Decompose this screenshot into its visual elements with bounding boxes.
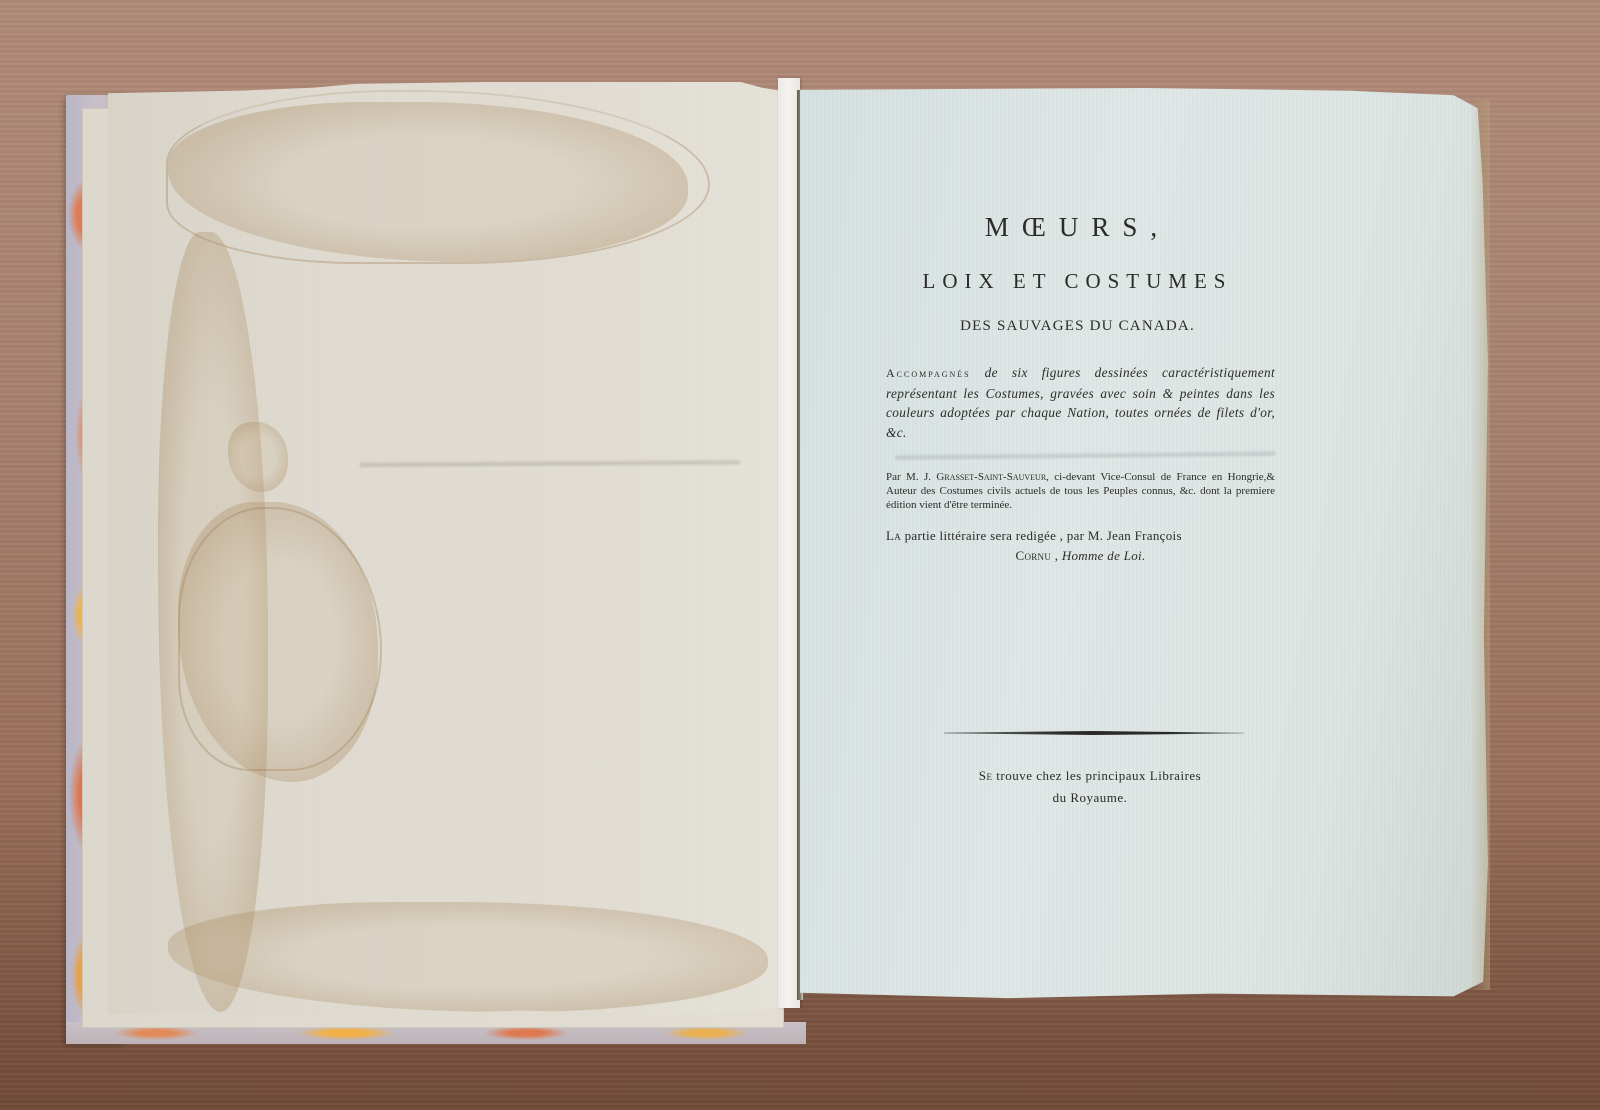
title-des-sauvages: DES SAUVAGES DU CANADA. (880, 318, 1275, 335)
literary-body: partie littéraire sera redigée , par M. … (901, 528, 1182, 543)
description-lead: Accompagnés (886, 366, 971, 380)
imprint-body: trouve chez les principaux Libraires (993, 768, 1202, 783)
literary-lead: La (886, 528, 901, 543)
author-prefix: Par M. J. (886, 471, 936, 483)
water-stain-top-edge (166, 90, 710, 264)
author-paragraph: Par M. J. Grasset-Saint-Sauveur, ci-deva… (886, 470, 1275, 512)
imprint-line-2: du Royaume. (930, 787, 1250, 809)
water-stain-top (168, 102, 688, 262)
title-page-foxed-edge (1470, 100, 1490, 990)
description-paragraph: Accompagnés de six figures dessinées car… (886, 363, 1275, 442)
author-name: Grasset-Saint-Sauveur (936, 471, 1046, 483)
water-stain-middle-left (178, 502, 378, 782)
water-stain-small (228, 422, 288, 492)
imprint-lead: Se (979, 768, 993, 783)
imprint: Se trouve chez les principaux Libraires … (930, 765, 1250, 809)
title-loix-et-costumes: LOIX ET COSTUMES (880, 269, 1275, 294)
literary-name-line: Cornu , Homme de Loi. (886, 546, 1275, 566)
water-stain-bottom (168, 902, 768, 1012)
literary-name: Cornu (1015, 548, 1051, 563)
literary-separator: , (1051, 548, 1062, 563)
title-page-text: MŒURS, LOIX ET COSTUMES DES SAUVAGES DU … (880, 200, 1275, 566)
left-blank-leaf (108, 82, 796, 1020)
water-stain-middle-left-edge (178, 507, 382, 771)
literary-paragraph: La partie littéraire sera redigée , par … (886, 526, 1275, 566)
title-moeurs: MŒURS, (880, 212, 1275, 243)
imprint-line-1: Se trouve chez les principaux Libraires (930, 765, 1250, 787)
literary-role: Homme de Loi. (1062, 548, 1146, 563)
water-stain-left (158, 232, 268, 1012)
